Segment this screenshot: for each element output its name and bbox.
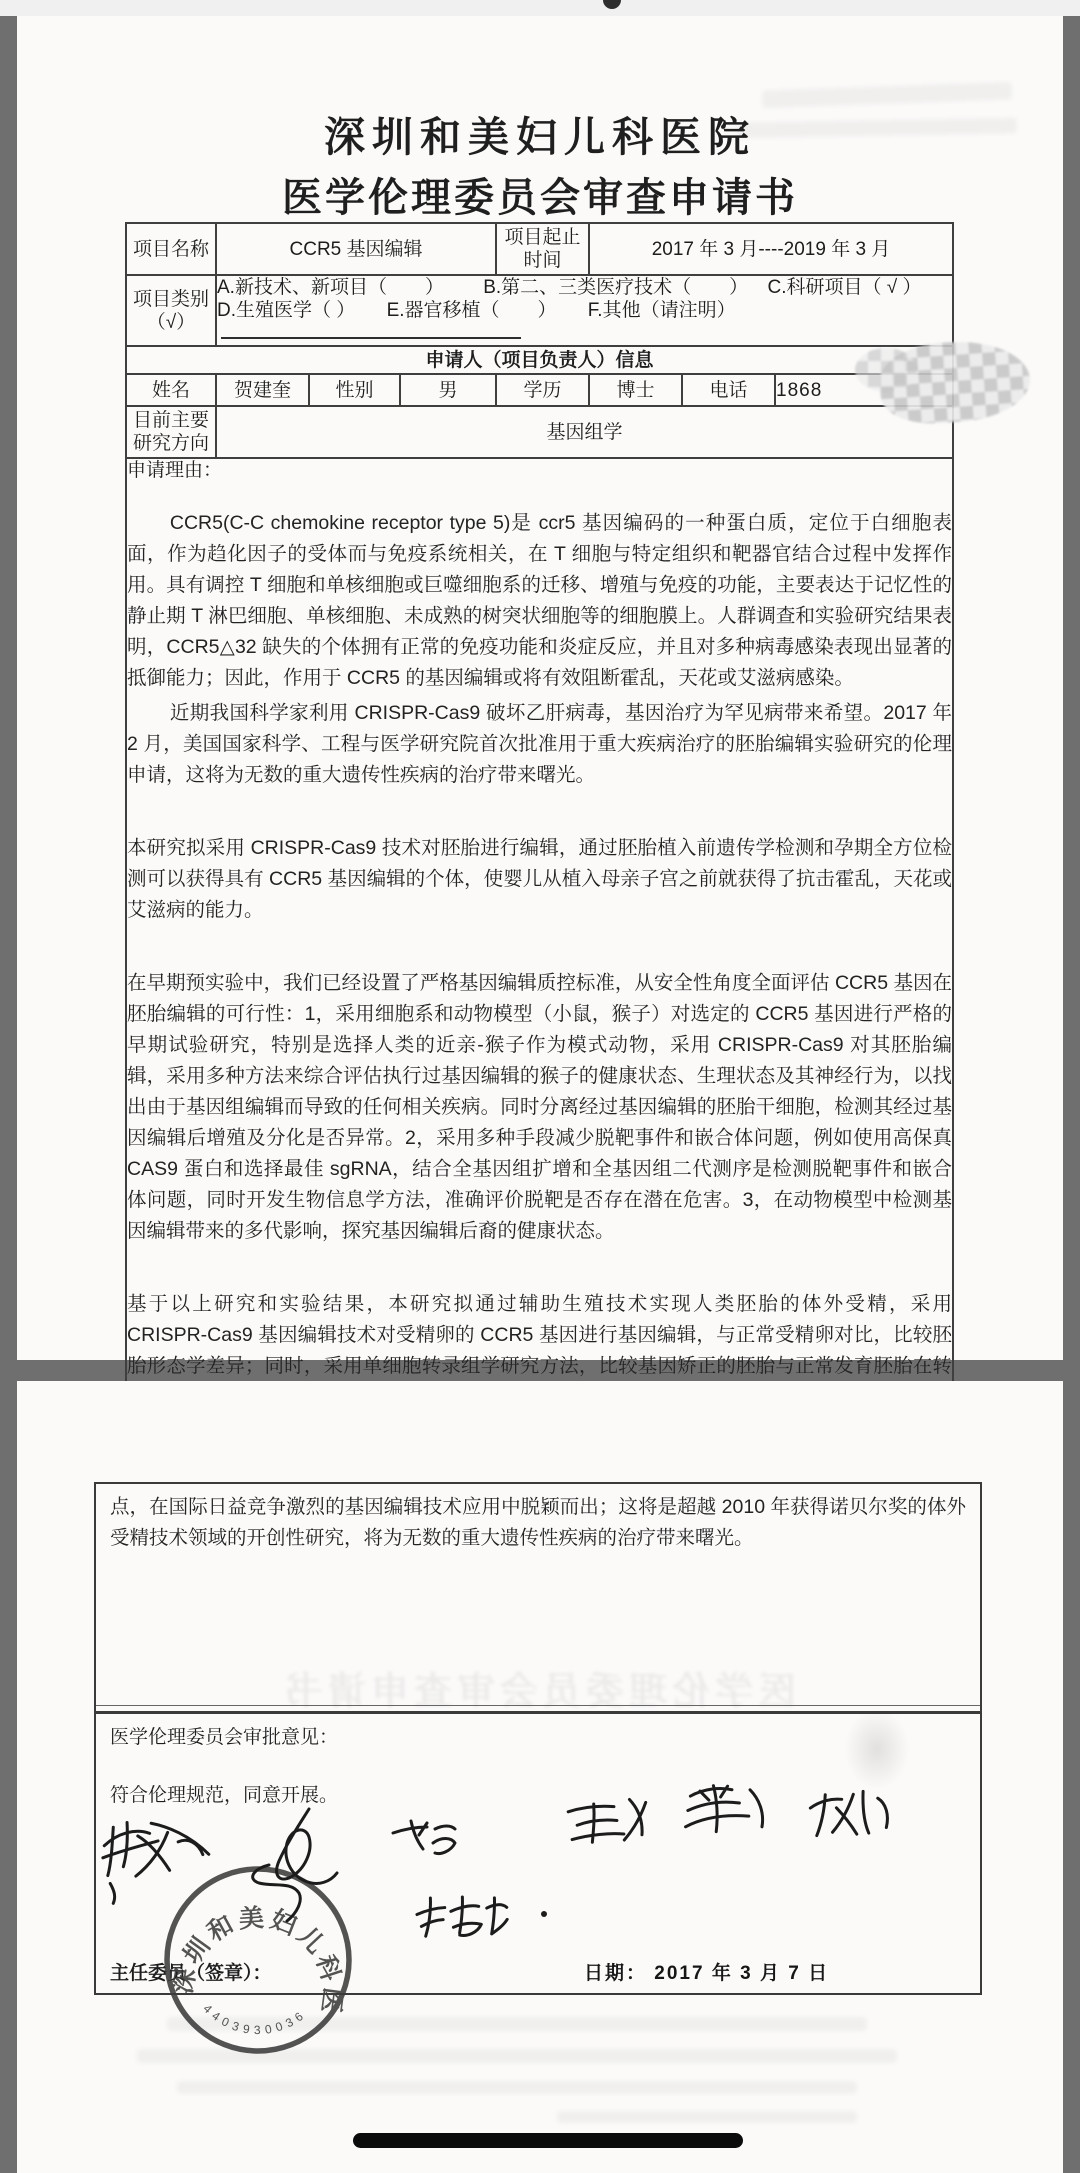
reason-label: 申请理由： <box>127 459 952 482</box>
reason-paragraph: 本研究拟采用 CRISPR-Cas9 技术对胚胎进行编辑，通过胚胎植入前遗传学检… <box>127 833 952 926</box>
name-label: 姓名 <box>126 374 216 406</box>
gender-label: 性别 <box>309 374 400 406</box>
category-label-line2: （√） <box>127 311 215 334</box>
date-value: 2017 年 3 月 7 日 <box>654 1963 829 1984</box>
category-option-f: F.其他（请注明） <box>588 300 736 321</box>
approval-section-label: 医学伦理委员会审批意见： <box>110 1722 338 1749</box>
svg-text:4403930036: 4403930036 <box>200 2001 309 2037</box>
section-divider <box>96 1705 980 1706</box>
signature-3 <box>383 1815 463 1863</box>
research-focus-label: 目前主要 研究方向 <box>126 406 216 458</box>
option-f-blank-line <box>221 323 521 339</box>
duration-label-line1: 项目起止 <box>497 226 588 249</box>
approval-date: 日期： 2017 年 3 月 7 日 <box>584 1958 829 1985</box>
category-option-c: C.科研项目（ √ ） <box>767 277 921 298</box>
signature-5 <box>669 1774 773 1846</box>
signature-2 <box>237 1803 362 1928</box>
duration-label: 项目起止 时间 <box>496 223 589 275</box>
project-name-value: CCR5 基因编辑 <box>216 223 496 275</box>
signature-4 <box>555 1789 663 1854</box>
degree-value: 博士 <box>589 374 682 406</box>
status-bar <box>0 0 1080 16</box>
signature-6 <box>795 1781 898 1847</box>
gender-value: 男 <box>400 374 496 406</box>
showthrough-stamp-ghost <box>844 1708 910 1790</box>
research-focus-label-line1: 目前主要 <box>127 409 215 432</box>
research-focus-value: 基因组学 <box>216 406 953 458</box>
stamp-serial-number: 4403930036 <box>200 2001 309 2037</box>
category-option-d: D.生殖医学（ ） <box>217 300 355 321</box>
phone-number-redaction-mosaic <box>855 348 917 392</box>
home-indicator-bar[interactable] <box>353 2133 743 2148</box>
project-name-label: 项目名称 <box>126 223 216 275</box>
category-option-e: E.器官移植（ ） <box>387 300 557 321</box>
category-options: A.新技术、新项目（ ） B.第二、三类医疗技术（ ） C.科研项目（ √ ） … <box>216 275 953 346</box>
section-divider <box>96 1711 980 1714</box>
signature-ink-dot <box>541 1911 547 1917</box>
continuation-text: 点，在国际日益竞争激烈的基因编辑技术应用中脱颖而出；这将是超越 2010 年获得… <box>96 1492 980 1554</box>
degree-label: 学历 <box>496 374 589 406</box>
duration-label-line2: 时间 <box>497 249 588 272</box>
reason-paragraph: 在早期预实验中，我们已经设置了严格基因编辑质控标准，从安全性角度全面评估 CCR… <box>127 968 952 1247</box>
category-option-a: A.新技术、新项目（ ） <box>217 277 444 298</box>
duration-value: 2017 年 3 月----2019 年 3 月 <box>589 223 953 275</box>
reason-paragraph: 近期我国科学家利用 CRISPR-Cas9 破坏乙肝病毒，基因治疗为罕见病带来希… <box>127 698 952 791</box>
scanned-page-2: 点，在国际日益竞争激烈的基因编辑技术应用中脱颖而出；这将是超越 2010 年获得… <box>17 1381 1063 2173</box>
applicant-section-header: 申请人（项目负责人）信息 <box>126 346 953 374</box>
name-value: 贺建奎 <box>216 374 309 406</box>
category-label: 项目类别 （√） <box>126 275 216 346</box>
category-option-b: B.第二、三类医疗技术（ ） <box>483 277 748 298</box>
date-label: 日期： <box>584 1963 647 1984</box>
reason-paragraph: CCR5(C-C chemokine receptor type 5)是 ccr… <box>127 508 952 694</box>
showthrough-title-ghost: 医学伦理委员会审查申请书 <box>96 1660 980 1715</box>
form-title: 医学伦理委员会审查申请书 <box>17 166 1063 223</box>
hospital-title: 深圳和美妇儿科医院 <box>17 104 1063 163</box>
scanned-page-1: 深圳和美妇儿科医院 医学伦理委员会审查申请书 项目名称 CCR5 基因编辑 项目… <box>17 16 1063 1360</box>
phone-label: 电话 <box>682 374 775 406</box>
signature-1 <box>95 1810 220 1908</box>
research-focus-label-line2: 研究方向 <box>127 432 215 455</box>
category-label-line1: 项目类别 <box>127 288 215 311</box>
signature-7 <box>406 1885 516 1945</box>
